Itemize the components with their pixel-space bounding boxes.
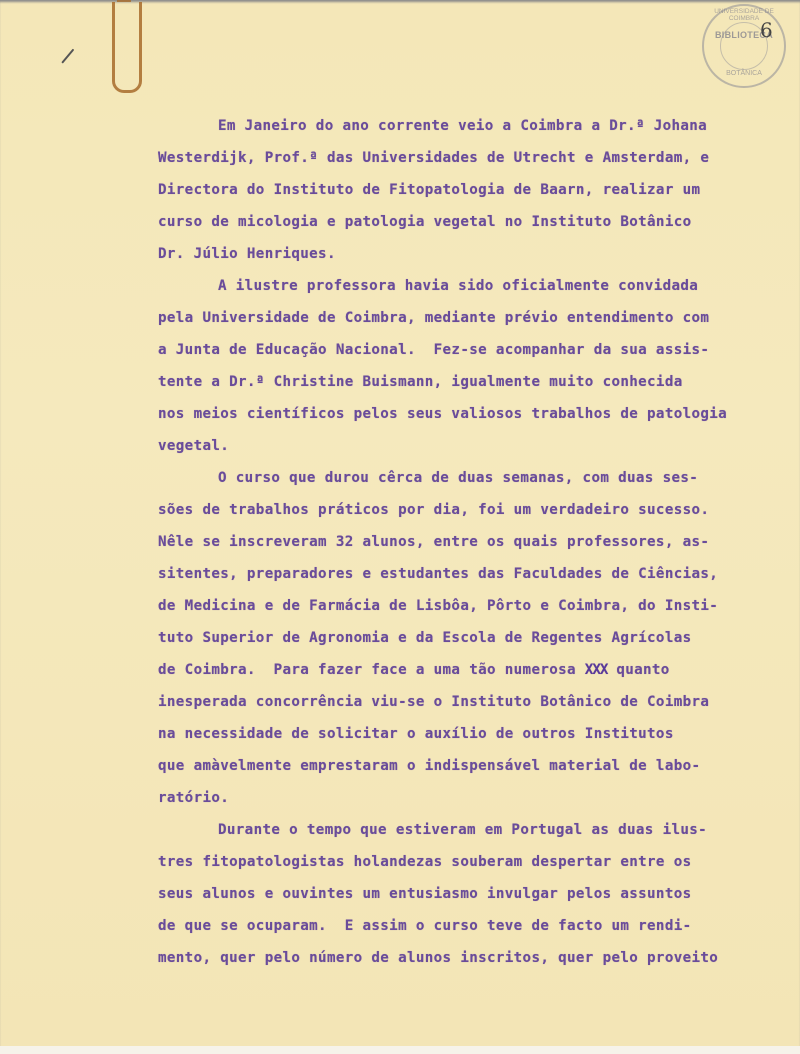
text-line: Em Janeiro do ano corrente veio a Coimbr… <box>158 110 788 142</box>
pencil-margin-mark <box>61 49 74 64</box>
text-line: tente a Dr.ª Christine Buismann, igualme… <box>158 366 788 398</box>
text-line: sitentes, preparadores e estudantes das … <box>158 558 788 590</box>
text-line: seus alunos e ouvintes um entusiasmo inv… <box>158 878 788 910</box>
text-line: tuto Superior de Agronomia e da Escola d… <box>158 622 788 654</box>
paperclip-stain <box>112 2 142 93</box>
text-line: na necessidade de solicitar o auxílio de… <box>158 718 788 750</box>
text-line: pela Universidade de Coimbra, mediante p… <box>158 302 788 334</box>
text-line: Westerdijk, Prof.ª das Universidades de … <box>158 142 788 174</box>
paragraph-2: A ilustre professora havia sido oficialm… <box>158 270 788 462</box>
text-line: curso de micologia e patologia vegetal n… <box>158 206 788 238</box>
text-line: Nêle se inscreveram 32 alunos, entre os … <box>158 526 788 558</box>
text-line: Directora do Instituto de Fitopatologia … <box>158 174 788 206</box>
paragraph-4: Durante o tempo que estiveram em Portuga… <box>158 814 788 974</box>
handwritten-page-number: 6 <box>760 18 773 42</box>
text-line: de Coimbra. Para fazer face a uma tão nu… <box>158 654 788 686</box>
text-line: a Junta de Educação Nacional. Fez-se aco… <box>158 334 788 366</box>
text-line: de que se ocuparam. E assim o curso teve… <box>158 910 788 942</box>
paragraph-1: Em Janeiro do ano corrente veio a Coimbr… <box>158 110 788 270</box>
text-line: O curso que durou cêrca de duas semanas,… <box>158 462 788 494</box>
text-line: que amàvelmente emprestaram o indispensá… <box>158 750 788 782</box>
text-line: A ilustre professora havia sido oficialm… <box>158 270 788 302</box>
text-line: sões de trabalhos práticos por dia, foi … <box>158 494 788 526</box>
stamp-bottom-text: BOTÂNICA <box>704 70 784 77</box>
text-line: nos meios científicos pelos seus valioso… <box>158 398 788 430</box>
paragraph-3: O curso que durou cêrca de duas semanas,… <box>158 462 788 814</box>
library-stamp: UNIVERSIDADE DE COIMBRA BIBLIOTECA BOTÂN… <box>702 4 786 88</box>
text-segment: de Coimbra. Para fazer face a uma tão nu… <box>158 662 585 678</box>
text-line: Dr. Júlio Henriques. <box>158 238 788 270</box>
text-line: Durante o tempo que estiveram em Portuga… <box>158 814 788 846</box>
struck-out-text: XXX <box>585 662 608 678</box>
typewritten-body: Em Janeiro do ano corrente veio a Coimbr… <box>158 110 788 974</box>
text-line: ratório. <box>158 782 788 814</box>
text-line: mento, quer pelo número de alunos inscri… <box>158 942 788 974</box>
text-line: tres fitopatologistas holandezas soubera… <box>158 846 788 878</box>
text-line: de Medicina e de Farmácia de Lisbôa, Pôr… <box>158 590 788 622</box>
text-line: vegetal. <box>158 430 788 462</box>
scan-edge <box>0 1046 800 1054</box>
text-line: inesperada concorrência viu-se o Institu… <box>158 686 788 718</box>
text-segment: quanto <box>607 662 669 678</box>
document-page: UNIVERSIDADE DE COIMBRA BIBLIOTECA BOTÂN… <box>0 0 800 1048</box>
